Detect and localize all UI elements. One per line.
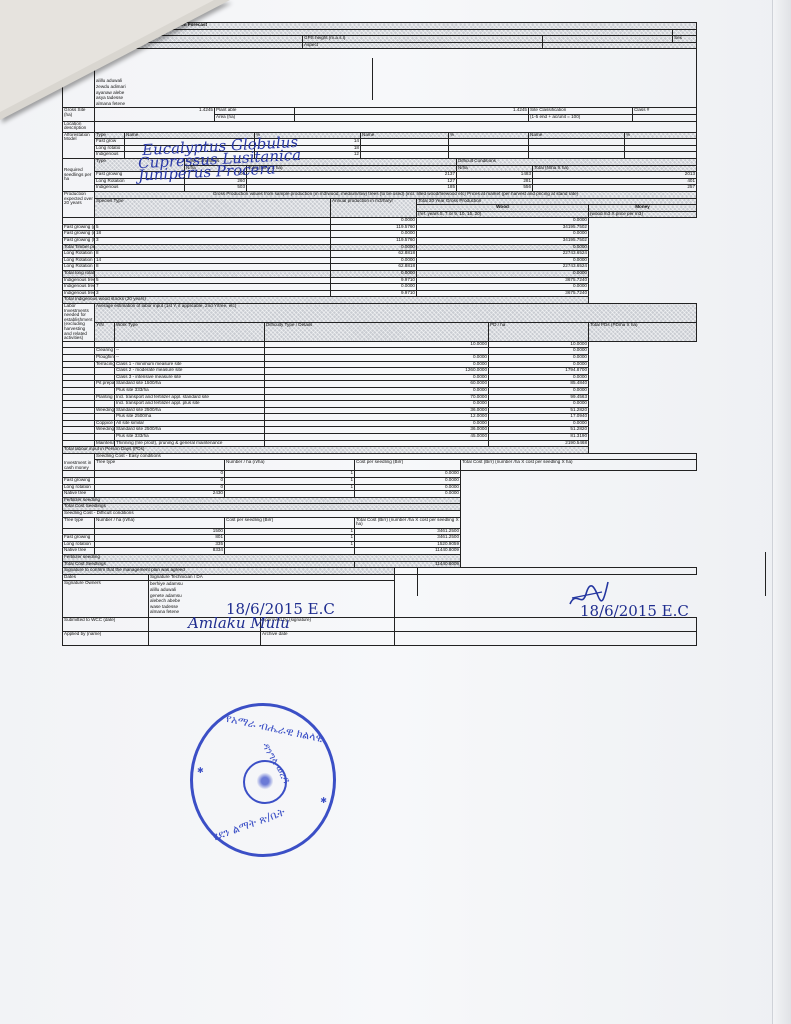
stamp-bottom-text: የደን ልማት ጽ/ቤት	[211, 805, 287, 844]
money-value: 3675.7240	[417, 277, 589, 284]
total-pds: 17.0940	[489, 414, 589, 421]
stamp-star-icon: ✱	[320, 796, 327, 805]
labor-row: Incl. transport and fertilizer appl. plu…	[63, 401, 697, 408]
folded-corner-face	[0, 0, 214, 112]
total-pds: 51.2820	[489, 427, 589, 434]
tree-type: Native tree	[63, 491, 95, 498]
annual-production: 5	[95, 224, 331, 231]
labor-banner: Average estimation of labor input (1st Y…	[95, 304, 697, 323]
work-type	[95, 414, 115, 421]
annual-production: 8	[95, 251, 331, 258]
annual-production: 3	[95, 238, 331, 245]
money-value: 3675.7240	[417, 290, 589, 297]
labor-row: Weeding year 2-5Standard site 2500/ha36.…	[63, 427, 697, 434]
header-sex: Sex	[673, 36, 697, 43]
cost-row: 150013461.2500	[63, 528, 697, 535]
production-row: Indigenous trees (medium)70.00000.0000	[63, 284, 697, 291]
labor-row: Ploughing--0.00000.0000	[63, 354, 697, 361]
number-per-ha: 8334	[95, 548, 225, 555]
wood-volume: 62.8818	[331, 264, 417, 271]
number-per-ha: 0	[95, 484, 225, 491]
yn-cell	[63, 348, 95, 355]
yn-cell	[63, 368, 95, 375]
wood-volume: 119.5760	[331, 224, 417, 231]
total-pds: 1794.8700	[489, 368, 589, 375]
annual-production: 5	[95, 277, 331, 284]
number-per-ha: 801	[95, 535, 225, 542]
total-pds: 0.0000	[489, 374, 589, 381]
difficulty-detail: Incl. transport and fertilizer appl. sta…	[115, 394, 265, 401]
difficult-cost-rows: 150013461.2500Fast growing80113461.2500L…	[63, 528, 697, 554]
stamp-emblem	[243, 760, 287, 804]
work-type: Weeding year 1	[95, 407, 115, 414]
cost-per-seedling: 1	[225, 528, 355, 535]
species-type: Fast growing (good)	[63, 224, 95, 231]
cost-row: Native tree833411440.8009	[63, 548, 697, 555]
easy-cost-title: Seedling Cost - Easy conditions	[95, 453, 697, 460]
yn-cell	[63, 374, 95, 381]
cost-per-seedling: 1	[225, 541, 355, 548]
yn-cell	[63, 341, 95, 348]
difficulty-detail: Plus site 333/ha	[115, 434, 265, 441]
species-type: Long Rotation (medium)	[63, 257, 95, 264]
scan-line	[417, 568, 418, 596]
afforestation-model-label: Afforestation Model	[63, 132, 95, 158]
yn-cell	[63, 394, 95, 401]
work-type	[95, 387, 115, 394]
labor-row: Pit preparationStandard site 1500/ha60.0…	[63, 381, 697, 388]
tree-type: Long rotation	[63, 541, 95, 548]
yn-cell	[63, 361, 95, 368]
money-value: 34195.7502	[417, 238, 589, 245]
pd-per-ha: 0.0000	[265, 420, 489, 427]
pd-per-ha: 0.0000	[265, 361, 489, 368]
work-type: Pit preparation	[95, 381, 115, 388]
work-type	[95, 341, 115, 348]
production-row: 0.00000.0000	[63, 218, 697, 225]
labor-row: Weeding year 1Standard site 2500/ha36.00…	[63, 407, 697, 414]
yn-cell	[63, 387, 95, 394]
annual-production	[95, 244, 331, 251]
total-cost: 0.0000	[355, 478, 461, 485]
pd-per-ha: 10.0000	[265, 341, 489, 348]
work-type: Terracing / Water harvesting	[95, 361, 115, 368]
total-cost: 11440.8009	[355, 548, 461, 555]
production-row: Total long rotation wood stocks (20 year…	[63, 271, 697, 278]
cost-row: Long rotation33511520.9059	[63, 541, 697, 548]
approver-signature	[568, 580, 610, 610]
scan-line	[765, 552, 766, 596]
tree-type	[63, 471, 95, 478]
annual-production: 8	[95, 264, 331, 271]
total-pds: 0.0000	[489, 401, 589, 408]
cost-per-seedling: 1	[225, 478, 355, 485]
pd-per-ha: 36.0000	[265, 407, 489, 414]
work-type: Maintenance	[95, 440, 115, 447]
labor-label: Labor Investments needed for establishme…	[63, 304, 95, 342]
production-row: Indigenous trees (good)59.97103675.7240	[63, 277, 697, 284]
yn-cell	[63, 434, 95, 441]
tree-type: Long rotation	[63, 484, 95, 491]
cost-row: Long rotation010.0000	[63, 484, 697, 491]
labor-row: Plus site 333/ha0.00000.0000	[63, 387, 697, 394]
total-pds: 0.0000	[489, 387, 589, 394]
seedlings-label: Required seedlings per ha	[63, 158, 95, 191]
annual-production	[95, 271, 331, 278]
total-pds: 0.0000	[489, 420, 589, 427]
pd-per-ha: 0.0000	[265, 387, 489, 394]
yn-cell	[63, 420, 95, 427]
total-pds: 81.3190	[489, 434, 589, 441]
easy-cost-rows: 010.0000Fast growing010.0000Long rotatio…	[63, 471, 697, 497]
number-per-ha: 0	[95, 471, 225, 478]
number-per-ha: 1500	[95, 528, 225, 535]
labor-row: Plus site 333/ha45.000081.3190	[63, 434, 697, 441]
site-class-value: 1.4245	[295, 108, 529, 115]
production-label: Production expected over 20 years	[63, 191, 95, 217]
labor-row: Plus site 2500/ha12.000017.0940	[63, 414, 697, 421]
difficulty-detail: --	[115, 354, 265, 361]
total-cost: 0.0000	[355, 471, 461, 478]
wood-volume: 0.0000	[331, 244, 417, 251]
labor-row: Class 2 - moderate measure site1260.0000…	[63, 368, 697, 375]
wood-volume: 0.0000	[331, 231, 417, 238]
cost-row: Native tree24300.0000	[63, 491, 697, 498]
money-value: 0.0000	[417, 218, 589, 225]
difficulty-detail: All site similar	[115, 420, 265, 427]
wood-volume: 0.0000	[331, 284, 417, 291]
annual-production: 7	[95, 284, 331, 291]
difficulty-detail: Standard site 2500/ha	[115, 427, 265, 434]
agreement-text: Signature to confirm that the management…	[63, 568, 395, 575]
wood-volume: 0.0000	[331, 271, 417, 278]
difficulty-detail: Standard site 2500/ha	[115, 407, 265, 414]
difficulty-detail: Class 1 - minimum measure site	[115, 361, 265, 368]
cost-per-seedling	[225, 491, 355, 498]
money-value: 22743.6524	[417, 251, 589, 258]
production-row: Long Rotation (medium)140.00000.0000	[63, 257, 697, 264]
total-cost: 0.0000	[355, 484, 461, 491]
wood-volume: 9.9710	[331, 290, 417, 297]
pd-per-ha: 60.0000	[265, 381, 489, 388]
annual-production: 3	[95, 290, 331, 297]
pd-per-ha	[265, 348, 489, 355]
production-table: Production expected over 20 years Gross …	[62, 191, 697, 304]
class-label: Class #	[633, 108, 697, 115]
pd-per-ha: 45.0000	[265, 434, 489, 441]
yn-cell	[63, 401, 95, 408]
total-cost: 3461.2500	[355, 535, 461, 542]
cost-row: 010.0000	[63, 471, 697, 478]
species-type: Indigenous trees (good)	[63, 277, 95, 284]
official-stamp: የአማራ ብሔራዊ ክልላዊ ዳንግላ ወረዳ የደን ልማት ጽ/ቤት ✱ ✱	[190, 703, 336, 857]
yn-cell	[63, 354, 95, 361]
labor-row: Class 3 - intensive measure site0.00000.…	[63, 374, 697, 381]
pd-per-ha: 36.0000	[265, 427, 489, 434]
site-class-label: Site Classification	[529, 108, 633, 115]
money-value: 22743.6524	[417, 264, 589, 271]
production-row: Indigenous trees (low)39.97103675.7240	[63, 290, 697, 297]
production-rows: 0.00000.0000Fast growing (good)5119.5760…	[63, 218, 697, 297]
scan-line	[372, 58, 373, 100]
handwritten-applicant-name: Amlaku Mulu	[188, 614, 290, 632]
work-type: Planting	[95, 394, 115, 401]
labor-row: Clearing--0.0000	[63, 348, 697, 355]
yn-cell	[63, 427, 95, 434]
tree-type: Fast growing	[63, 535, 95, 542]
labor-rows: 10.000010.0000Clearing--0.0000Ploughing-…	[63, 341, 697, 447]
total-pds: 85.4840	[489, 381, 589, 388]
species-type: Fast growing (medium)	[63, 231, 95, 238]
cost-row: Fast growing010.0000	[63, 478, 697, 485]
total-pds: 0.0000	[489, 354, 589, 361]
location-label: Location description	[63, 121, 95, 132]
cost-per-seedling: 1	[225, 471, 355, 478]
total-cost: 3461.2500	[355, 528, 461, 535]
total-pds: 0.0000	[489, 361, 589, 368]
species-type: Indigenous trees (low)	[63, 290, 95, 297]
labor-table: Labor Investments needed for establishme…	[62, 303, 697, 454]
wood-volume: 9.9710	[331, 277, 417, 284]
total-pds: 10.0000	[489, 341, 589, 348]
money-value: 0.0000	[417, 284, 589, 291]
work-type	[95, 434, 115, 441]
work-type: Clearing	[95, 348, 115, 355]
total-pds: 2190.5468	[489, 440, 589, 447]
pd-per-ha: 0.0000	[265, 374, 489, 381]
header-gps: GPS height (m.a.s.l)	[303, 36, 543, 43]
difficulty-detail: Incl. transport and fertilizer appl. plu…	[115, 401, 265, 408]
page-edge-shadow	[772, 0, 791, 1024]
work-type	[95, 401, 115, 408]
species-type: Total long rotation wood stocks (20 year…	[63, 271, 95, 278]
labor-row: 10.000010.0000	[63, 341, 697, 348]
production-row: Total Timber production after 20 years0.…	[63, 244, 697, 251]
cost-row: Fast growing80113461.2500	[63, 535, 697, 542]
production-row: Long Rotation (low)862.881822743.6524	[63, 264, 697, 271]
pd-per-ha: 1260.0000	[265, 368, 489, 375]
difficulty-detail: Plus site 2500/ha	[115, 414, 265, 421]
money-value: 34195.7502	[417, 224, 589, 231]
pd-per-ha: 0.0000	[265, 354, 489, 361]
difficulty-detail: Thinning (fire proof), pruning & general…	[115, 440, 265, 447]
labor-row: MaintenanceThinning (fire proof), prunin…	[63, 440, 697, 447]
tree-type	[63, 528, 95, 535]
work-type: Ploughing	[95, 354, 115, 361]
total-pds: 51.2820	[489, 407, 589, 414]
annual-production: 18	[95, 231, 331, 238]
cost-per-seedling	[225, 548, 355, 555]
wood-volume: 119.5760	[331, 238, 417, 245]
difficult-cost-title: Seedling Cost - Difficult conditions	[63, 511, 461, 518]
cost-per-seedling: 1	[225, 484, 355, 491]
pd-per-ha	[265, 440, 489, 447]
money-value: 0.0000	[417, 257, 589, 264]
species-type: Total Timber production after 20 years	[63, 244, 95, 251]
work-type	[95, 368, 115, 375]
total-cost: 1520.9059	[355, 541, 461, 548]
work-type: Coppice management	[95, 420, 115, 427]
number-per-ha: 0	[95, 478, 225, 485]
work-type	[95, 374, 115, 381]
wood-volume: 62.8818	[331, 251, 417, 258]
difficulty-detail: Plus site 333/ha	[115, 387, 265, 394]
annual-production: 14	[95, 257, 331, 264]
investment-label: Investment in cash money	[63, 453, 95, 471]
money-value: 0.0000	[417, 231, 589, 238]
labor-row: PlantingIncl. transport and fertilizer a…	[63, 394, 697, 401]
site-class-formula: (1-5 end + ac/unit = 100)	[529, 114, 633, 121]
total-pds: 99.4563	[489, 394, 589, 401]
number-per-ha: 2430	[95, 491, 225, 498]
production-banner: Gross Production values from sample prod…	[95, 191, 697, 198]
money-value: 0.0000	[417, 271, 589, 278]
total-cost: 0.0000	[355, 491, 461, 498]
stamp-star-icon: ✱	[197, 766, 204, 775]
pd-per-ha: 0.0000	[265, 401, 489, 408]
species-type: Indigenous trees (medium)	[63, 284, 95, 291]
work-type: Weeding year 2-5	[95, 427, 115, 434]
species-type: Long Rotation (low)	[63, 264, 95, 271]
total-pds: 0.0000	[489, 348, 589, 355]
wood-volume: 0.0000	[331, 218, 417, 225]
difficulty-detail: Standard site 1500/ha	[115, 381, 265, 388]
emblem-icon	[257, 772, 273, 790]
yn-cell	[63, 407, 95, 414]
pd-per-ha: 70.0000	[265, 394, 489, 401]
number-per-ha: 335	[95, 541, 225, 548]
yn-cell	[63, 414, 95, 421]
difficulty-detail: Class 2 - moderate measure site	[115, 368, 265, 375]
difficulty-detail: Class 3 - intensive measure site	[115, 374, 265, 381]
species-type: Fast growing (low)	[63, 238, 95, 245]
labor-row: Terracing / Water harvestingClass 1 - mi…	[63, 361, 697, 368]
tree-type: Native tree	[63, 548, 95, 555]
tree-type: Fast growing	[63, 478, 95, 485]
production-row: Long Rotation (good)862.881822743.6524	[63, 251, 697, 258]
pd-per-ha: 12.0000	[265, 414, 489, 421]
production-row: Fast growing (low)3119.576034195.7502	[63, 238, 697, 245]
seedling-cost-table: Investment in cash money Seedling Cost -…	[62, 453, 697, 568]
yn-cell	[63, 381, 95, 388]
difficulty-detail: --	[115, 348, 265, 355]
species-type: Long Rotation (good)	[63, 251, 95, 258]
money-value: 0.0000	[417, 244, 589, 251]
annual-production	[95, 218, 331, 225]
wood-volume: 0.0000	[331, 257, 417, 264]
production-row: Fast growing (good)5119.576034195.7502	[63, 224, 697, 231]
species-type	[63, 218, 95, 225]
yn-cell	[63, 440, 95, 447]
difficulty-detail	[115, 341, 265, 348]
production-row: Fast growing (medium)180.00000.0000	[63, 231, 697, 238]
cost-per-seedling: 1	[225, 535, 355, 542]
labor-row: Coppice managementAll site similar0.0000…	[63, 420, 697, 427]
